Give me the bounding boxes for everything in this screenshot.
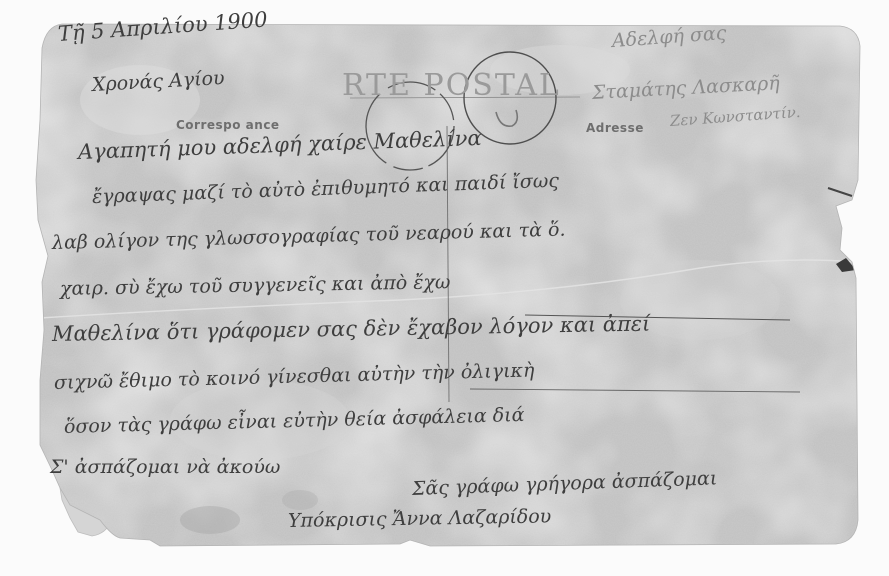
printed-title-carte-postale: RTE POSTAL xyxy=(342,68,561,103)
body-line-8: Σ' ἀσπάζομαι νὰ ἀκούω xyxy=(50,456,280,478)
postcard-scan: RTE POSTAL Correspo ance Adresse Τῇ 5 Απ… xyxy=(0,0,889,576)
printed-label-correspondance: Correspo ance xyxy=(176,118,280,132)
printed-label-adresse: Adresse xyxy=(586,121,644,135)
closing-signature: Υπόκρισις Ἄννα Λαζαρίδου xyxy=(288,505,552,532)
